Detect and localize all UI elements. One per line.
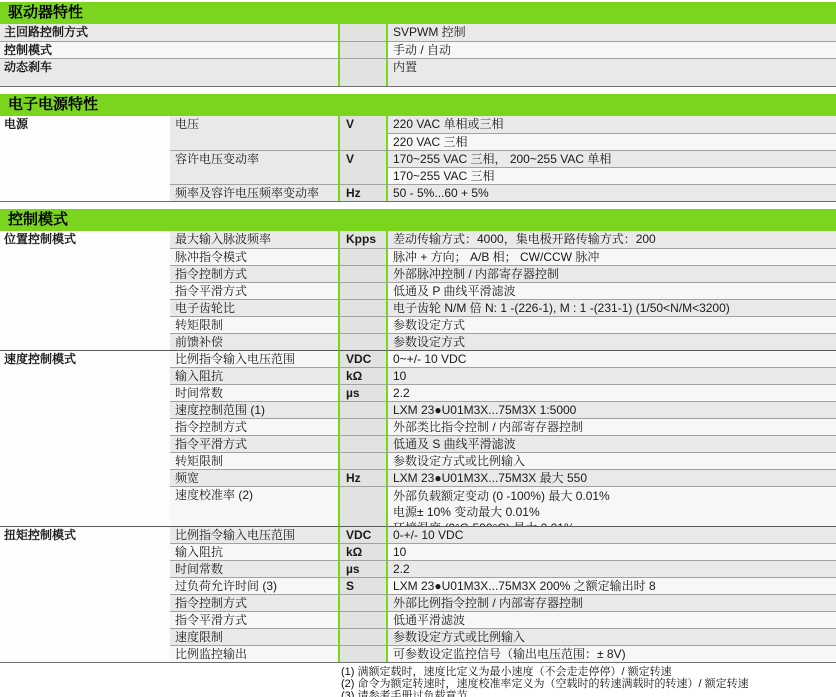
spec-label-cell: 转矩限制 (170, 316, 338, 333)
row-label-cell: 主回路控制方式 (0, 24, 338, 41)
unit-cell: V (338, 150, 388, 184)
value-cell: 参数设定方式 (388, 316, 836, 333)
value-cell: 2.2 (388, 560, 836, 577)
value-cell: 0~+/- 10 VDC (388, 350, 836, 367)
value-cell: 低通平滑滤波 (388, 611, 836, 628)
value-cell: 脉冲 + 方向； A/B 相； CW/CCW 脉冲 (388, 248, 836, 265)
footnotes: (1) 满额定载时，速度比定义为最小速度（不会走走停停）/ 额定转速(2) 命令… (341, 666, 836, 697)
group-label-cell: 速度控制模式 (0, 350, 170, 526)
spec-label-cell: 速度校准率 (2) (170, 486, 338, 526)
value-cell: 电子齿轮 N/M 倍 N: 1 -(226-1), M : 1 -(231-1)… (388, 299, 836, 316)
footnote-line-3: (3) 请参考手册过负载章节 (341, 690, 836, 697)
spec-label-cell: 转矩限制 (170, 452, 338, 469)
value-line: 外部负载额定变动 (0 -100%) 最大 0.01% (393, 488, 832, 504)
unit-cell (338, 628, 388, 645)
spec-label-cell: 时间常数 (170, 560, 338, 577)
row-label-cell: 动态刹车 (0, 58, 338, 86)
spec-label-cell: 输入阻抗 (170, 367, 338, 384)
value-cell: 10 (388, 367, 836, 384)
value-line: 电源± 10% 变动最大 0.01% (393, 504, 832, 520)
spec-label-cell: 频宽 (170, 469, 338, 486)
unit-cell (338, 486, 388, 526)
value-cell: 可参数设定监控信号（输出电压范围：± 8V) (388, 645, 836, 662)
value-cell: 内置 (388, 58, 836, 86)
spec-table: 主回路控制方式SVPWM 控制控制模式手动 / 自动动态刹车内置 (0, 24, 836, 87)
section-title: 电子电源特性 (8, 96, 98, 113)
value-cell: 外部负载额定变动 (0 -100%) 最大 0.01%电源± 10% 变动最大 … (388, 486, 836, 526)
unit-cell: V (338, 116, 388, 150)
value-cell: 低通及 S 曲线平滑滤波 (388, 435, 836, 452)
unit-cell: VDC (338, 350, 388, 367)
value-cell: 外部类比指令控制 / 内部寄存器控制 (388, 418, 836, 435)
value-cell: 170~255 VAC 三相， 200~255 VAC 单相 (388, 150, 836, 167)
spec-table: 电源电压V220 VAC 单相或三相220 VAC 三相容许电压变动率V170~… (0, 116, 836, 202)
spec-label-cell: 电子齿轮比 (170, 299, 338, 316)
value-cell: 0-+/- 10 VDC (388, 526, 836, 543)
spec-label-cell: 输入阻抗 (170, 543, 338, 560)
unit-cell: kΩ (338, 367, 388, 384)
unit-cell (338, 611, 388, 628)
section-header-bar: 驱动器特性 (0, 2, 836, 24)
group-label-cell: 扭矩控制模式 (0, 526, 170, 662)
value-cell: 参数设定方式 (388, 333, 836, 350)
value-cell: 220 VAC 单相或三相 (388, 116, 836, 133)
spec-label-cell: 指令平滑方式 (170, 282, 338, 299)
unit-cell (338, 58, 388, 86)
unit-cell: S (338, 577, 388, 594)
value-cell: 低通及 P 曲线平滑滤波 (388, 282, 836, 299)
unit-cell: Kpps (338, 231, 388, 248)
spec-label-cell: 脉冲指令模式 (170, 248, 338, 265)
section-header-bar: 控制模式 (0, 209, 836, 231)
unit-cell (338, 452, 388, 469)
value-cell: LXM 23●U01M3X...75M3X 1:5000 (388, 401, 836, 418)
unit-cell (338, 594, 388, 611)
section-title: 控制模式 (8, 211, 68, 228)
unit-cell (338, 282, 388, 299)
unit-cell (338, 418, 388, 435)
group-label-cell: 位置控制模式 (0, 231, 170, 350)
value-cell: 50 - 5%...60 + 5% (388, 184, 836, 201)
unit-cell: µs (338, 384, 388, 401)
spec-section-0: 驱动器特性主回路控制方式SVPWM 控制控制模式手动 / 自动动态刹车内置 (0, 2, 836, 87)
unit-cell (338, 316, 388, 333)
spec-label-cell: 指令平滑方式 (170, 435, 338, 452)
unit-cell (338, 645, 388, 662)
section-title: 驱动器特性 (8, 4, 83, 21)
value-cell: 参数设定方式或比例输入 (388, 452, 836, 469)
unit-cell (338, 265, 388, 282)
spec-sheet: 驱动器特性主回路控制方式SVPWM 控制控制模式手动 / 自动动态刹车内置电子电… (0, 0, 836, 697)
value-cell: 2.2 (388, 384, 836, 401)
unit-cell: kΩ (338, 543, 388, 560)
group-label-cell: 电源 (0, 116, 170, 201)
row-label-cell: 控制模式 (0, 41, 338, 58)
spec-table: 位置控制模式最大输入脉波频率Kpps差动传输方式：4000，集电极开路传输方式：… (0, 231, 836, 663)
unit-cell (338, 333, 388, 350)
spec-label-cell: 速度限制 (170, 628, 338, 645)
spec-sections: 驱动器特性主回路控制方式SVPWM 控制控制模式手动 / 自动动态刹车内置电子电… (0, 2, 836, 663)
value-cell: SVPWM 控制 (388, 24, 836, 41)
unit-cell (338, 41, 388, 58)
spec-label-cell: 指令平滑方式 (170, 611, 338, 628)
spec-label-cell: 最大输入脉波频率 (170, 231, 338, 248)
unit-cell (338, 401, 388, 418)
spec-label-cell: 指令控制方式 (170, 265, 338, 282)
unit-cell (338, 299, 388, 316)
value-cell: 手动 / 自动 (388, 41, 836, 58)
unit-cell: VDC (338, 526, 388, 543)
unit-cell: Hz (338, 469, 388, 486)
spec-label-cell: 比例指令输入电压范围 (170, 350, 338, 367)
value-cell: 10 (388, 543, 836, 560)
value-cell: 170~255 VAC 三相 (388, 167, 836, 184)
spec-label-cell: 电压 (170, 116, 338, 150)
spec-label-cell: 速度控制范围 (1) (170, 401, 338, 418)
spec-section-2: 控制模式位置控制模式最大输入脉波频率Kpps差动传输方式：4000，集电极开路传… (0, 209, 836, 663)
unit-cell: µs (338, 560, 388, 577)
spec-label-cell: 过负荷允许时间 (3) (170, 577, 338, 594)
value-cell: 参数设定方式或比例输入 (388, 628, 836, 645)
spec-label-cell: 前馈补偿 (170, 333, 338, 350)
value-cell: LXM 23●U01M3X...75M3X 最大 550 (388, 469, 836, 486)
spec-section-1: 电子电源特性电源电压V220 VAC 单相或三相220 VAC 三相容许电压变动… (0, 94, 836, 202)
value-cell: LXM 23●U01M3X...75M3X 200% 之额定输出时 8 (388, 577, 836, 594)
spec-label-cell: 时间常数 (170, 384, 338, 401)
value-cell: 差动传输方式：4000，集电极开路传输方式：200 (388, 231, 836, 248)
value-cell: 外部脉冲控制 / 内部寄存器控制 (388, 265, 836, 282)
footnote-line-1: (1) 满额定载时，速度比定义为最小速度（不会走走停停）/ 额定转速 (341, 666, 836, 678)
spec-label-cell: 指令控制方式 (170, 418, 338, 435)
unit-cell (338, 248, 388, 265)
spec-label-cell: 比例指令输入电压范围 (170, 526, 338, 543)
unit-cell: Hz (338, 184, 388, 201)
section-header-bar: 电子电源特性 (0, 94, 836, 116)
spec-label-cell: 比例监控输出 (170, 645, 338, 662)
spec-label-cell: 容许电压变动率 (170, 150, 338, 184)
spec-label-cell: 指令控制方式 (170, 594, 338, 611)
unit-cell (338, 24, 388, 41)
value-cell: 外部比例指令控制 / 内部寄存器控制 (388, 594, 836, 611)
footnote-line-2: (2) 命令为额定转速时，速度校准率定义为（空载时的转速满载时的转速）/ 额定转… (341, 678, 836, 690)
unit-cell (338, 435, 388, 452)
value-cell: 220 VAC 三相 (388, 133, 836, 150)
spec-label-cell: 频率及容许电压频率变动率 (170, 184, 338, 201)
